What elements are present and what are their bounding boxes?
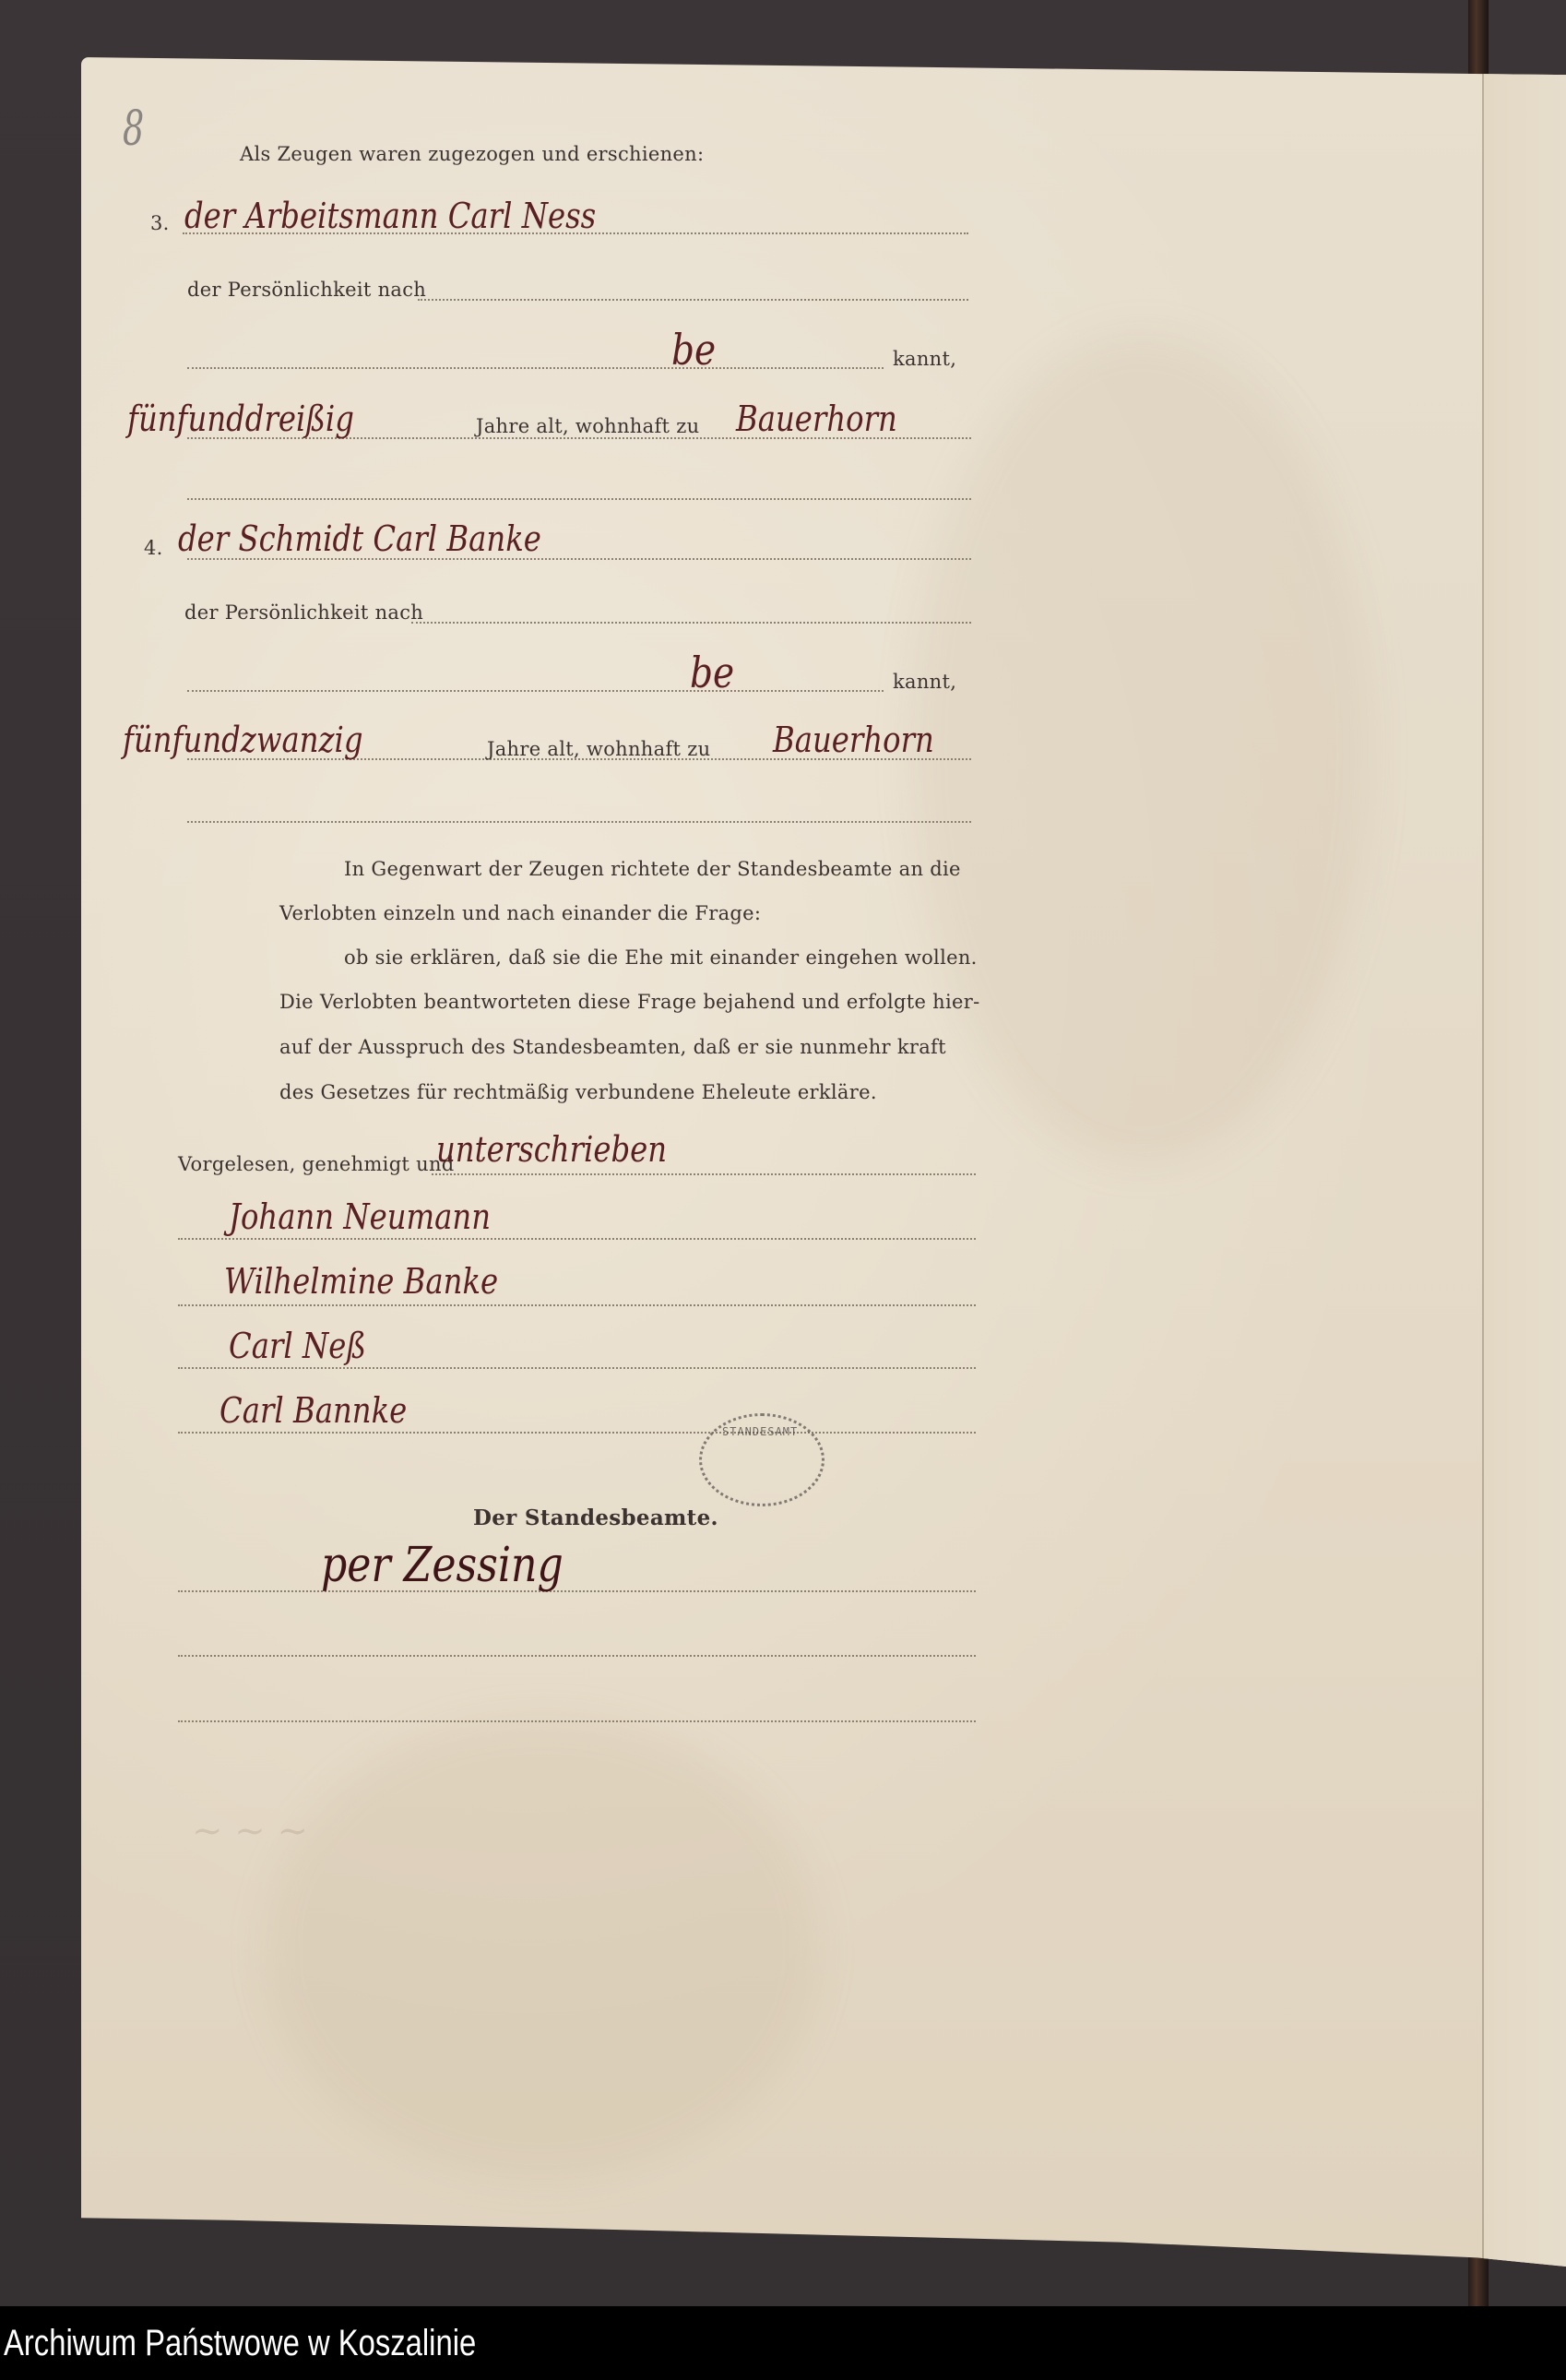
witness-3-age: fünfunddreißig xyxy=(127,399,354,439)
stamp-text: STANDESAMT xyxy=(722,1425,798,1438)
signature-3: Carl Neß xyxy=(229,1326,366,1366)
signature-2: Wilhelmine Banke xyxy=(224,1261,498,1302)
witness-3-known: be xyxy=(671,325,716,375)
witness-4-known-suffix: kannt, xyxy=(893,671,956,693)
ceremony-line-3: ob sie erklären, daß sie die Ehe mit ein… xyxy=(344,946,978,969)
paper-stain xyxy=(911,334,1372,1164)
ceremony-line-4: Die Verlobten beantworteten diese Frage … xyxy=(279,991,979,1013)
bleed-through-text: ~ ~ ~ xyxy=(192,1810,308,1852)
archive-footer: Archiwum Państwowe w Koszalinie xyxy=(0,2306,1566,2380)
witness-4-known: be xyxy=(690,648,734,697)
read-approved-handwritten: unterschrieben xyxy=(436,1129,667,1170)
signature-4: Carl Bannke xyxy=(219,1390,407,1431)
witness-4-number: 4. xyxy=(144,537,163,559)
read-approved-label: Vorgelesen, genehmigt und xyxy=(178,1153,455,1175)
dotted-line xyxy=(178,1720,976,1722)
dotted-line xyxy=(187,498,971,500)
paper-stain xyxy=(266,1718,819,2179)
witness-3-known-suffix: kannt, xyxy=(893,348,956,370)
witness-3-identity-label: der Persönlichkeit nach xyxy=(187,279,426,301)
witness-3-number: 3. xyxy=(150,212,170,234)
dotted-line xyxy=(187,367,884,369)
ceremony-line-6: des Gesetzes für rechtmäßig verbundene E… xyxy=(279,1081,877,1103)
witnesses-heading: Als Zeugen waren zugezogen und erschiene… xyxy=(240,143,704,165)
signature-1: Johann Neumann xyxy=(229,1196,491,1237)
official-stamp: STANDESAMT xyxy=(699,1413,825,1506)
page-fold xyxy=(1482,57,1484,2267)
ceremony-line-5: auf der Ausspruch des Standesbeamten, da… xyxy=(279,1036,946,1058)
ceremony-line-2: Verlobten einzeln und nach einander die … xyxy=(279,902,761,924)
witness-4-age-label: Jahre alt, wohnhaft zu xyxy=(487,738,710,760)
page-number: 8 xyxy=(123,101,144,157)
registrar-signature: per Zessing xyxy=(321,1538,564,1593)
dotted-line xyxy=(418,299,968,301)
witness-3-residence: Bauerhorn xyxy=(736,399,897,439)
dotted-line xyxy=(187,821,971,823)
dotted-line xyxy=(432,1173,976,1175)
dotted-line xyxy=(178,1655,976,1657)
dotted-line xyxy=(178,1238,976,1240)
witness-4-age: fünfundzwanzig xyxy=(123,720,363,760)
archive-name: Archiwum Państwowe w Koszalinie xyxy=(4,2323,476,2364)
document-page: 8 Als Zeugen waren zugezogen und erschie… xyxy=(81,57,1566,2267)
dotted-line xyxy=(178,1304,976,1306)
dotted-line xyxy=(178,1590,976,1592)
dotted-line xyxy=(187,690,884,692)
ceremony-line-1: In Gegenwart der Zeugen richtete der Sta… xyxy=(344,858,961,880)
witness-4-name: der Schmidt Carl Banke xyxy=(178,518,541,559)
witness-3-name: der Arbeitsmann Carl Ness xyxy=(184,196,596,236)
dotted-line xyxy=(178,1367,976,1369)
registrar-label: Der Standesbeamte. xyxy=(473,1505,718,1530)
dotted-line xyxy=(178,1432,976,1434)
adjacent-page-edge xyxy=(1484,57,1566,2267)
witness-4-identity-label: der Persönlichkeit nach xyxy=(184,601,423,624)
dotted-line xyxy=(411,622,971,624)
witness-4-residence: Bauerhorn xyxy=(773,720,934,760)
witness-3-age-label: Jahre alt, wohnhaft zu xyxy=(476,415,699,437)
